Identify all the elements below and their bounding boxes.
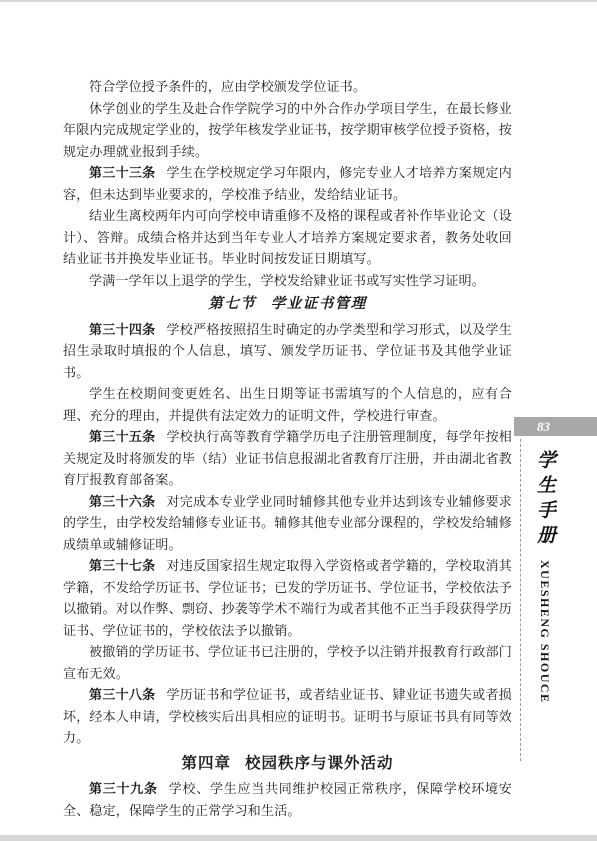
heading-text: 学业证书管理 <box>271 296 367 312</box>
handbook-page: 符合学位授予条件的，应由学校颁发学位证书。休学创业的学生及赴合作学院学习的中外合… <box>0 0 597 841</box>
paragraph: 第三十七条对违反国家招生规定取得入学资格或者学籍的，学校取消其学籍，不发给学历证… <box>63 555 512 641</box>
paragraph-text: 被撤销的学历证书、学位证书已注册的，学校予以注销并报教育行政部门宣布无效。 <box>63 644 512 681</box>
heading-number: 第四章 <box>182 755 232 772</box>
sidebar-dashed-divider <box>520 439 521 761</box>
paragraph: 结业生离校两年内可向学校申请重修不及格的课程或者补作毕业论文（设计）、答辩。成绩… <box>63 205 512 270</box>
article-number: 第三十七条 <box>89 558 155 573</box>
paragraph: 第三十九条学校、学生应当共同维护校园正常秩序，保障学校环境安全、稳定，保障学生的… <box>63 778 512 821</box>
paragraph-text: 学满一学年以上退学的学生，学校发给肄业证书或写实性学习证明。 <box>89 273 485 288</box>
article-number: 第三十五条 <box>89 429 155 444</box>
paragraph: 学满一学年以上退学的学生，学校发给肄业证书或写实性学习证明。 <box>63 270 512 292</box>
section-heading: 第七节学业证书管理 <box>63 294 512 316</box>
sidebar-title-chinese: 学生手册 <box>531 450 558 550</box>
paragraph-text: 结业生离校两年内可向学校申请重修不及格的课程或者补作毕业论文（设计）、答辩。成绩… <box>63 208 512 266</box>
paragraph: 第三十五条学校执行高等教育学籍学历电子注册管理制度，每学年按相关规定及时将颁发的… <box>63 426 512 491</box>
document-body: 符合学位授予条件的，应由学校颁发学位证书。休学创业的学生及赴合作学院学习的中外合… <box>63 76 512 821</box>
paragraph: 学生在校期间变更姓名、出生日期等证书需填写的个人信息的，应有合理、充分的理由，并… <box>63 383 512 426</box>
paragraph-text: 学生在校期间变更姓名、出生日期等证书需填写的个人信息的，应有合理、充分的理由，并… <box>63 386 512 423</box>
page-edge-top <box>0 0 597 2</box>
heading-text: 校园秩序与课外活动 <box>245 755 394 772</box>
paragraph: 被撤销的学历证书、学位证书已注册的，学校予以注销并报教育行政部门宣布无效。 <box>63 641 512 684</box>
article-number: 第三十四条 <box>89 322 155 337</box>
paragraph: 第三十四条学校严格按照招生时确定的办学类型和学习形式，以及学生招生录取时填报的个… <box>63 319 512 384</box>
chapter-heading: 第四章校园秩序与课外活动 <box>63 753 512 775</box>
paragraph: 第三十八条学历证书和学位证书，或者结业证书、肄业证书遗失或者损坏，经本人申请，学… <box>63 684 512 749</box>
article-number: 第三十六条 <box>89 494 155 509</box>
paragraph-text: 符合学位授予条件的，应由学校颁发学位证书。 <box>89 79 366 94</box>
heading-number: 第七节 <box>208 296 256 312</box>
paragraph: 休学创业的学生及赴合作学院学习的中外合作办学项目学生，在最长修业年限内完成规定学… <box>63 98 512 163</box>
paragraph-text: 休学创业的学生及赴合作学院学习的中外合作办学项目学生，在最长修业年限内完成规定学… <box>63 101 512 159</box>
page-number-badge: 83 <box>514 417 597 436</box>
sidebar-title-pinyin: XUESHENG SHOUCE <box>537 560 552 704</box>
paragraph: 符合学位授予条件的，应由学校颁发学位证书。 <box>63 76 512 98</box>
paragraph: 第三十三条学生在学校规定学习年限内，修完专业人才培养方案规定内容，但未达到毕业要… <box>63 162 512 205</box>
article-number: 第三十八条 <box>89 687 155 702</box>
paragraph: 第三十六条对完成本专业学业同时辅修其他专业并达到该专业辅修要求的学生，由学校发给… <box>63 491 512 556</box>
article-number: 第三十三条 <box>89 165 155 180</box>
article-number: 第三十九条 <box>89 781 158 796</box>
page-edge-bottom <box>0 835 597 841</box>
